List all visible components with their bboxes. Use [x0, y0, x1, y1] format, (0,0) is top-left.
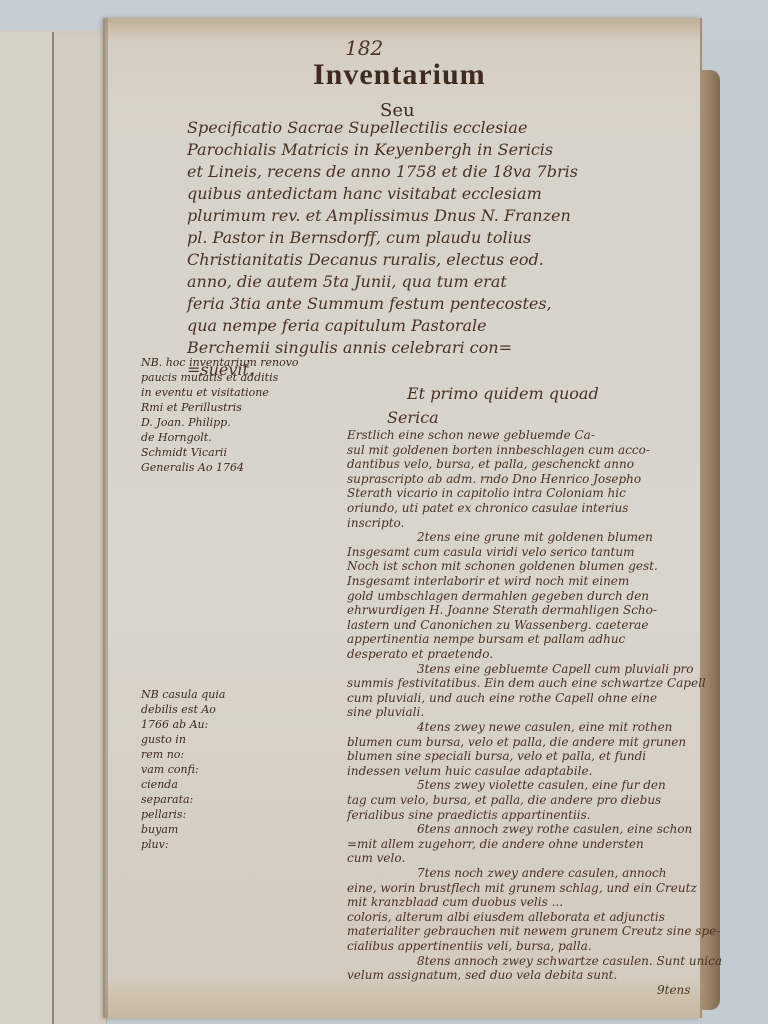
margin-note-line: de Horngolt.: [141, 431, 212, 444]
text-line: dantibus velo, bursa, et palla, geschenc…: [347, 457, 634, 471]
text-line: ehrwurdigen H. Joanne Sterath dermahlige…: [347, 603, 657, 617]
text-line: =mit allem zugehorr, die andere ohne und…: [347, 837, 644, 851]
text-line: 2tens eine grune mit goldenen blumen: [417, 530, 653, 544]
text-line: blumen cum bursa, velo et palla, die and…: [347, 735, 686, 749]
text-line: 6tens annoch zwey rothe casulen, eine sc…: [417, 822, 692, 836]
text-line: 8tens annoch zwey schwartze casulen. Sun…: [417, 954, 722, 968]
text-line: desperato et praetendo.: [347, 647, 493, 661]
page-stain: [105, 18, 700, 40]
margin-note-line: gusto in: [141, 733, 186, 746]
manuscript-page: 182 Inventarium Seu Specificatio Sacrae …: [105, 18, 702, 1018]
text-line: Serica: [387, 408, 439, 427]
margin-note-line: buyam: [141, 823, 178, 836]
text-line: Specificatio Sacrae Supellectilis eccles…: [187, 118, 527, 137]
left-page-inner: [54, 36, 107, 1024]
text-line: blumen sine speciali bursa, velo et pall…: [347, 749, 646, 763]
text-line: Noch ist schon mit schonen goldenen blum…: [347, 559, 658, 573]
margin-note-line: rem no:: [141, 748, 184, 761]
text-line: lastern und Canonichen zu Wassenberg. ca…: [347, 618, 648, 632]
text-line: quibus antedictam hanc visitabat ecclesi…: [187, 184, 542, 203]
text-line: Insgesamt cum casula viridi velo serico …: [347, 545, 634, 559]
margin-note-line: vam confi:: [141, 763, 199, 776]
text-line: suprascripto ab adm. rndo Dno Henrico Jo…: [347, 472, 641, 486]
text-line: ferialibus sine praedictis appartinentii…: [347, 808, 591, 822]
text-line: Parochialis Matricis in Keyenbergh in Se…: [187, 140, 553, 159]
text-line: Erstlich eine schon newe gebluemde Ca-: [347, 428, 595, 442]
text-line: et Lineis, recens de anno 1758 et die 18…: [187, 162, 578, 181]
margin-note-line: separata:: [141, 793, 193, 806]
margin-note-line: D. Joan. Philipp.: [141, 416, 231, 429]
margin-note-line: debilis est Ao: [141, 703, 216, 716]
text-line: mit kranzblaad cum duobus velis ...: [347, 895, 563, 909]
text-line: feria 3tia ante Summum festum pentecoste…: [187, 294, 552, 313]
text-line: Berchemii singulis annis celebrari con=: [187, 338, 512, 357]
text-line: Christianitatis Decanus ruralis, electus…: [187, 250, 544, 269]
margin-note-line: Rmi et Perillustris: [141, 401, 242, 414]
text-line: qua nempe feria capitulum Pastorale: [187, 316, 487, 335]
text-line: gold umbschlagen dermahlen gegeben durch…: [347, 589, 649, 603]
text-line: plurimum rev. et Amplissimus Dnus N. Fra…: [187, 206, 571, 225]
margin-note-line: NB. hoc inventarium renovo: [141, 356, 299, 369]
page-shadow: [103, 18, 108, 1018]
text-line: sul mit goldenen borten innbeschlagen cu…: [347, 443, 650, 457]
text-line: tag cum velo, bursa, et palla, die ander…: [347, 793, 661, 807]
text-line: 3tens eine gebluemte Capell cum pluviali…: [417, 662, 694, 676]
margin-note-line: 1766 ab Au:: [141, 718, 208, 731]
text-line: indessen velum huic casulae adaptabile.: [347, 764, 592, 778]
text-line: cum velo.: [347, 851, 405, 865]
text-line: materialiter gebrauchen mit newem grunem…: [347, 924, 720, 938]
margin-note-line: paucis mutatis et additis: [141, 371, 278, 384]
text-line: Sterath vicario in capitolio intra Colon…: [347, 486, 626, 500]
text-line: inscripto.: [347, 516, 404, 530]
margin-note-line: NB casula quia: [141, 688, 225, 701]
margin-note-line: pluv:: [141, 838, 169, 851]
document-title: Inventarium: [313, 58, 486, 92]
text-line: cialibus appertinentiis veli, bursa, pal…: [347, 939, 592, 953]
margin-note-line: cienda: [141, 778, 178, 791]
margin-note-line: pellaris:: [141, 808, 186, 821]
text-line: coloris, alterum albi eiusdem alleborata…: [347, 910, 665, 924]
text-line: 9tens: [657, 983, 690, 997]
margin-note-line: in eventu et visitatione: [141, 386, 269, 399]
text-line: 5tens zwey violette casulen, eine fur de…: [417, 778, 666, 792]
text-line: 4tens zwey newe casulen, eine mit rothen: [417, 720, 672, 734]
text-line: pl. Pastor in Bernsdorff, cum plaudu tol…: [187, 228, 531, 247]
text-line: velum assignatum, sed duo vela debita su…: [347, 968, 617, 982]
text-line: anno, die autem 5ta Junii, qua tum erat: [187, 272, 507, 291]
text-line: summis festivitatibus. Ein dem auch eine…: [347, 676, 706, 690]
margin-note-line: Schmidt Vicarii: [141, 446, 227, 459]
left-page-outer: [0, 32, 54, 1024]
text-line: Et primo quidem quoad: [407, 384, 599, 403]
text-line: Insgesamt interlaborir et wird noch mit …: [347, 574, 629, 588]
text-line: appertinentia nempe bursam et pallam adh…: [347, 632, 625, 646]
text-line: oriundo, uti patet ex chronico casulae i…: [347, 501, 628, 515]
text-line: sine pluviali.: [347, 705, 424, 719]
folio-number: 182: [345, 36, 383, 60]
text-line: eine, worin brustflech mit grunem schlag…: [347, 881, 697, 895]
text-line: 7tens noch zwey andere casulen, annoch: [417, 866, 666, 880]
text-line: cum pluviali, und auch eine rothe Capell…: [347, 691, 657, 705]
margin-note-line: Generalis Ao 1764: [141, 461, 244, 474]
